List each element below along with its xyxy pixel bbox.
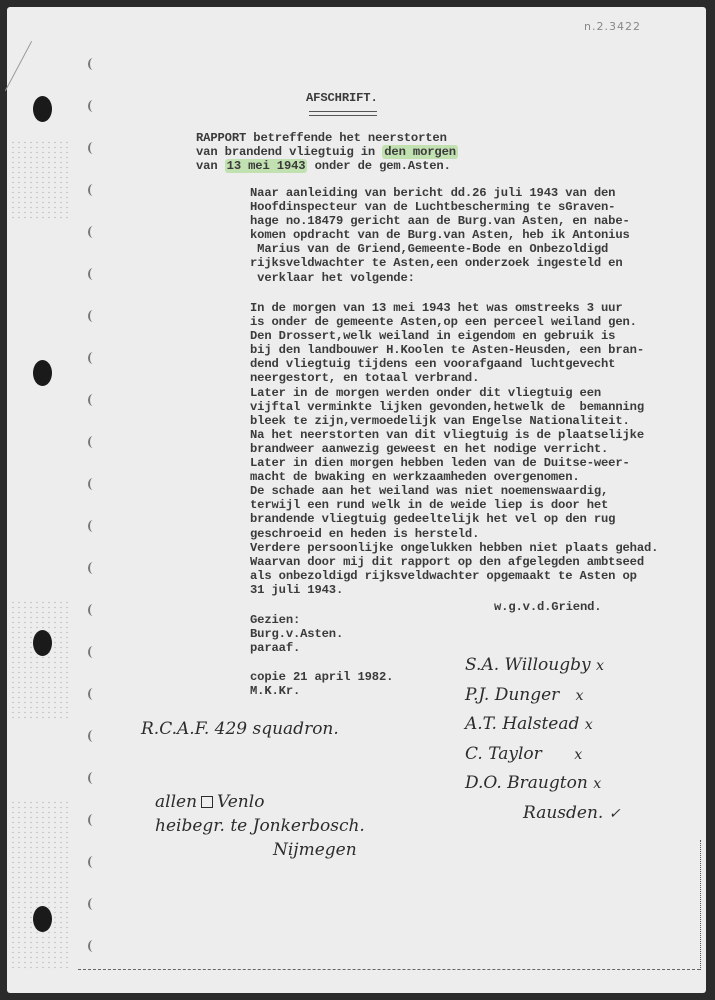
crew-item: Rausden. ✓ [465,799,621,829]
scan-noise [10,600,70,720]
copy-note: copie 21 april 1982. M.K.Kr. [250,670,393,698]
box-icon [201,796,213,808]
scan-noise [10,180,70,220]
binding-ring-mark [88,940,98,952]
scan-noise [10,800,70,970]
crew-item: P.J. Dunger x [465,681,621,711]
crew-item: S.A. Willougby x [465,651,621,681]
report-heading: RAPPORT betreffende het neerstorten van … [196,131,458,173]
seen-block: Gezien: Burg.v.Asten. paraaf. [250,613,343,655]
binding-ring-mark [88,436,98,448]
punch-hole [33,630,52,656]
punch-hole [33,360,52,386]
binding-ring-mark [88,352,98,364]
binding-ring-mark [88,142,98,154]
binding-ring-mark [88,772,98,784]
crew-item: D.O. Braugton x [465,769,621,799]
crew-item: C. Taylor x [465,740,621,770]
binding-ring-mark [88,646,98,658]
binding-ring-mark [88,814,98,826]
binding-ring-mark [88,730,98,742]
crew-item: A.T. Halstead x [465,710,621,740]
document-title: AFSCHRIFT. [306,91,378,105]
binding-ring-mark [88,268,98,280]
punch-hole [33,906,52,932]
title-underline [309,111,377,116]
archive-reference: n.2.3422 [584,20,641,33]
binding-ring-mark [88,562,98,574]
highlight: den morgen [382,145,458,159]
binding-ring-mark [88,394,98,406]
crew-list: S.A. Willougby x P.J. Dunger x A.T. Hals… [465,651,621,828]
binding-ring-mark [88,226,98,238]
binding-ring-mark [88,688,98,700]
binding-ring-mark [88,898,98,910]
scan-noise [10,140,70,180]
binding-ring-mark [88,100,98,112]
binding-ring-mark [88,184,98,196]
binding-ring-mark [88,520,98,532]
binding-ring-mark [88,856,98,868]
signature: w.g.v.d.Griend. [494,600,601,614]
binding-ring-mark [88,604,98,616]
page-edge-line [700,840,702,970]
page-edge-line [78,969,700,970]
highlight: 13 mei 1943 [225,159,308,173]
binding-ring-mark [88,310,98,322]
paragraph-report: In de morgen van 13 mei 1943 het was oms… [250,301,658,597]
binding-ring-mark [88,478,98,490]
punch-hole [33,96,52,122]
squadron-note: R.C.A.F. 429 squadron. [141,719,339,739]
binding-ring-mark [88,58,98,70]
burial-note: allenVenlo heibegr. te Jonkerbosch. Nijm… [155,790,365,862]
paragraph-intro: Naar aanleiding van bericht dd.26 juli 1… [250,186,630,285]
